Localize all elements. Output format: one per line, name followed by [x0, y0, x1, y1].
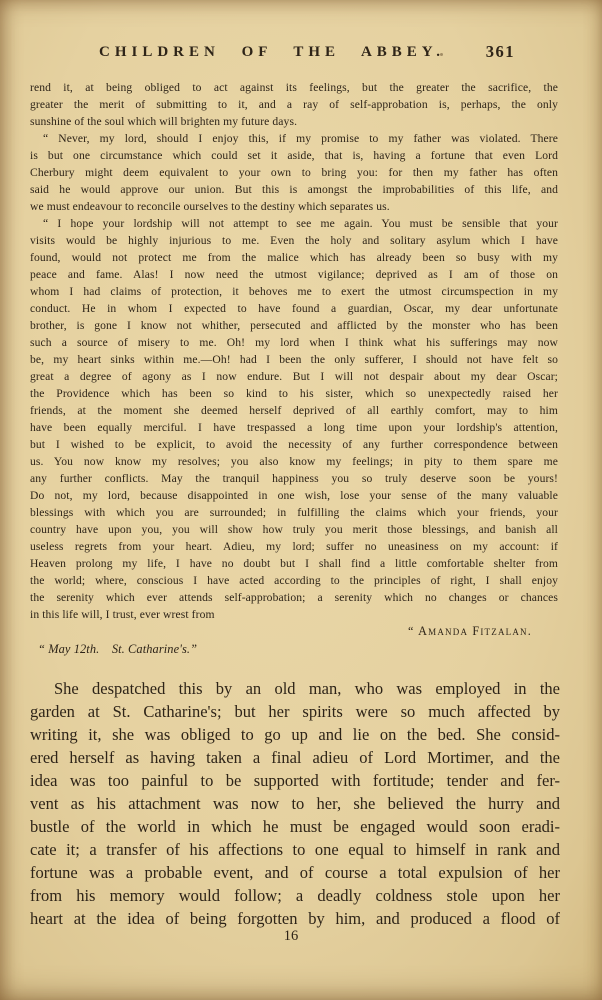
letter-line: but I wished to be explicit, to avoid th… [30, 436, 558, 453]
letter-line: “ I hope your lordship will not attempt … [30, 215, 558, 232]
letter-line: visits would be highly injurious to me. … [30, 232, 558, 249]
letter-line: friends, at the moment she deemed hersel… [30, 402, 558, 419]
letter-line: Do not, my lord, because disappointed in… [30, 487, 558, 504]
body-line: garden at St. Catharine's; but her spiri… [30, 700, 560, 723]
letter-line: sunshine of the soul which will brighten… [30, 113, 558, 130]
print-speck-icon [440, 53, 443, 56]
letter-line: in this life will, I trust, ever wrest f… [30, 606, 558, 623]
letter-closing: “ Amanda Fitzalan. “ May 12th. St. Catha… [30, 623, 558, 658]
letter-line: have been equally merciful. I have tresp… [30, 419, 558, 436]
letter-line: peace and fame. Alas! I now need the utm… [30, 266, 558, 283]
body-line: heart at the idea of being forgotten by … [30, 907, 560, 930]
body-line: fortune was a probable event, and of cou… [30, 861, 560, 884]
letter-line: rend it, at being obliged to act against… [30, 79, 558, 96]
main-paragraph: She despatched this by an old man, who w… [30, 677, 560, 930]
body-line: ered herself as having taken a final adi… [30, 746, 560, 769]
letter-signature: “ Amanda Fitzalan. [30, 623, 558, 640]
page-number: 361 [486, 42, 515, 62]
book-page: CHILDREN OF THE ABBEY. 361 rend it, at b… [0, 0, 602, 1000]
letter-line: great a degree of agony as I now endure.… [30, 368, 558, 385]
body-line: bustle of the world in which he must be … [30, 815, 560, 838]
body-line: from his memory would follow; a deadly c… [30, 884, 560, 907]
letter-line: Cherbury might deem equivalent to your o… [30, 164, 558, 181]
letter-line: conduct. He in whom I expected to have f… [30, 300, 558, 317]
letter-line: any further conflicts. May the tranquil … [30, 470, 558, 487]
running-head: CHILDREN OF THE ABBEY. 361 [0, 42, 602, 64]
letter-line: “ Never, my lord, should I enjoy this, i… [30, 130, 558, 147]
letter-line: us. You now know my resolves; you also k… [30, 453, 558, 470]
running-title: CHILDREN OF THE ABBEY. [99, 44, 445, 61]
body-line: idea was too painful to be supported wit… [30, 769, 560, 792]
letter-line: be, my heart sinks within me.—Oh! had I … [30, 351, 558, 368]
body-line: She despatched this by an old man, who w… [30, 677, 560, 700]
quoted-letter-block: rend it, at being obliged to act against… [30, 79, 558, 623]
letter-line: Heaven prolong my life, I have no doubt … [30, 555, 558, 572]
letter-line: the serenity which ever attends self-app… [30, 589, 558, 606]
letter-line: brother, is gone I know not whither, per… [30, 317, 558, 334]
letter-line: blessings with which you are surrounded;… [30, 504, 558, 521]
page-footer-signature-mark: 16 [0, 928, 592, 945]
letter-line: such a source of misery to me. Oh! my lo… [30, 334, 558, 351]
body-line: vent as his attachment was now to her, s… [30, 792, 560, 815]
letter-line: the world; where, conscious I have acted… [30, 572, 558, 589]
letter-line: the Providence which has been so kind to… [30, 385, 558, 402]
letter-line: greater the merit of submitting to it, a… [30, 96, 558, 113]
body-line: cate it; a transfer of his affections to… [30, 838, 560, 861]
letter-line: said he would approve our union. But thi… [30, 181, 558, 198]
letter-line: is but one circumstance which could set … [30, 147, 558, 164]
letter-line: we must endeavour to reconcile ourselves… [30, 198, 558, 215]
letter-line: country have upon you, you will show how… [30, 521, 558, 538]
letter-line: useless regrets from your heart. Adieu, … [30, 538, 558, 555]
body-line: writing it, she was obliged to go up and… [30, 723, 560, 746]
letter-line: found, would not protect me from the mal… [30, 249, 558, 266]
letter-line: whom I had claims of protection, it beho… [30, 283, 558, 300]
letter-dateline: “ May 12th. St. Catharine's.” [30, 641, 558, 658]
